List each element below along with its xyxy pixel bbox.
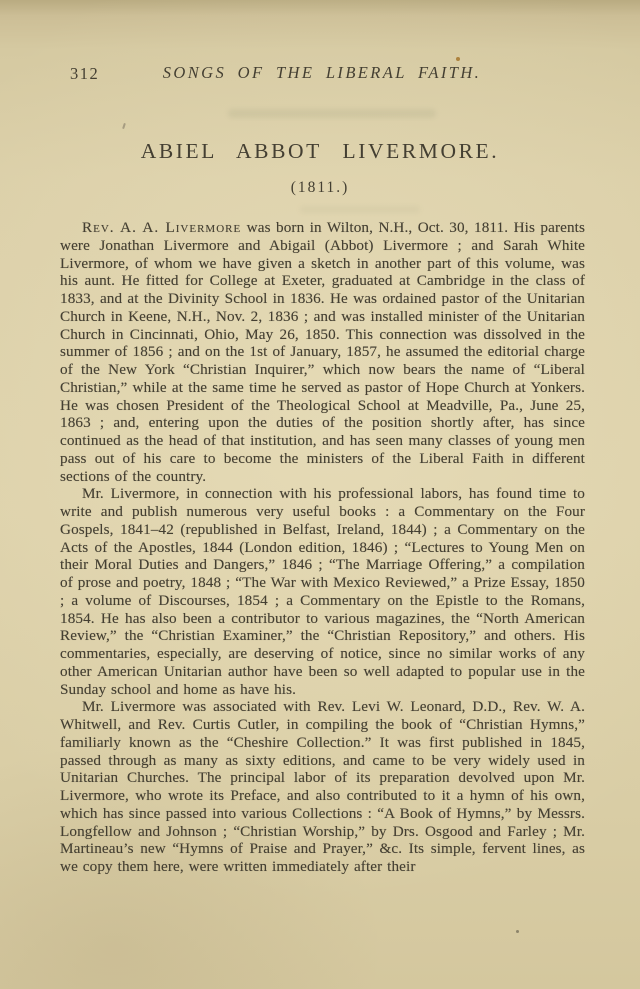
paragraph-text: Mr. Livermore, in connection with his pr… xyxy=(60,485,585,697)
article-title: ABIEL ABBOT LIVERMORE. xyxy=(0,139,640,164)
page-number: 312 xyxy=(70,64,99,84)
ink-bleed-through xyxy=(228,109,436,118)
birth-year-line: (1811.) xyxy=(0,179,640,197)
paper-speck xyxy=(122,123,126,129)
running-head: 312 SONGS OF THE LIBERAL FAITH. xyxy=(60,63,584,87)
paragraph-text: was born in Wilton, N.H., Oct. 30, 1811.… xyxy=(60,219,585,485)
ink-bleed-through xyxy=(300,206,420,213)
paper-speck xyxy=(456,57,460,61)
book-page: 312 SONGS OF THE LIBERAL FAITH. ABIEL AB… xyxy=(0,0,640,989)
paragraph: Mr. Livermore was associated with Rev. L… xyxy=(60,698,585,876)
lead-in-name: Rev. A. A. Livermore xyxy=(82,219,241,236)
paragraph: Rev. A. A. Livermore was born in Wilton,… xyxy=(60,219,585,485)
running-title: SONGS OF THE LIBERAL FAITH. xyxy=(60,63,584,83)
article-body: Rev. A. A. Livermore was born in Wilton,… xyxy=(60,219,585,876)
paper-speck xyxy=(516,930,519,933)
paragraph-text: Mr. Livermore was associated with Rev. L… xyxy=(60,698,585,875)
paragraph: Mr. Livermore, in connection with his pr… xyxy=(60,485,585,698)
